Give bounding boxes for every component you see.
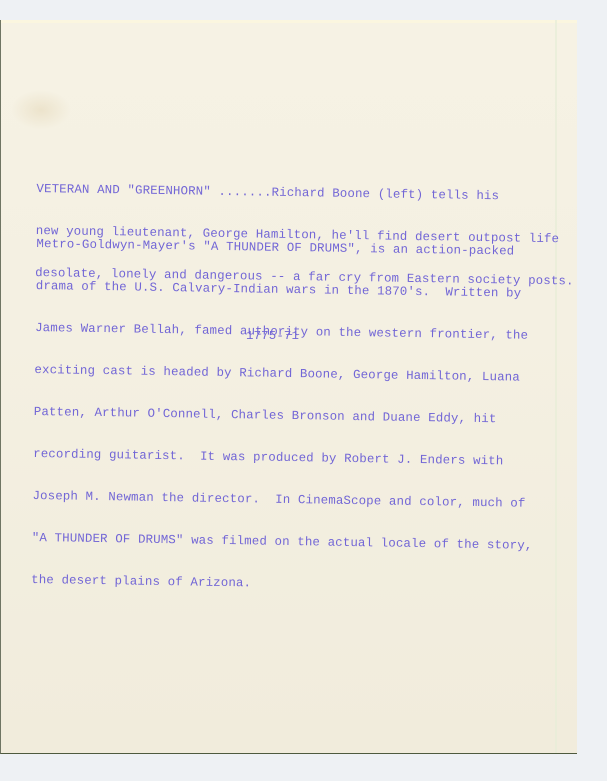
body-line: Patten, Arthur O'Connell, Charles Bronso… bbox=[34, 405, 535, 427]
body-line: Joseph M. Newman the director. In Cinema… bbox=[32, 489, 533, 511]
body-line: exciting cast is headed by Richard Boone… bbox=[34, 363, 535, 385]
paper-edge-line bbox=[555, 20, 557, 753]
synopsis-paragraph: Metro-Goldwyn-Mayer's "A THUNDER OF DRUM… bbox=[31, 209, 538, 609]
caption-line: VETERAN AND "GREENHORN" .......Richard B… bbox=[36, 182, 575, 204]
body-line: recording guitarist. It was produced by … bbox=[33, 447, 534, 469]
body-line: drama of the U.S. Calvary-Indian wars in… bbox=[36, 279, 537, 301]
body-line: "A THUNDER OF DRUMS" was filmed on the a… bbox=[32, 531, 533, 553]
paper-stain bbox=[11, 90, 71, 130]
body-line: Metro-Goldwyn-Mayer's "A THUNDER OF DRUM… bbox=[36, 237, 537, 259]
body-line: the desert plains of Arizona. bbox=[31, 573, 532, 595]
reference-number: 1775-71 bbox=[246, 329, 299, 343]
